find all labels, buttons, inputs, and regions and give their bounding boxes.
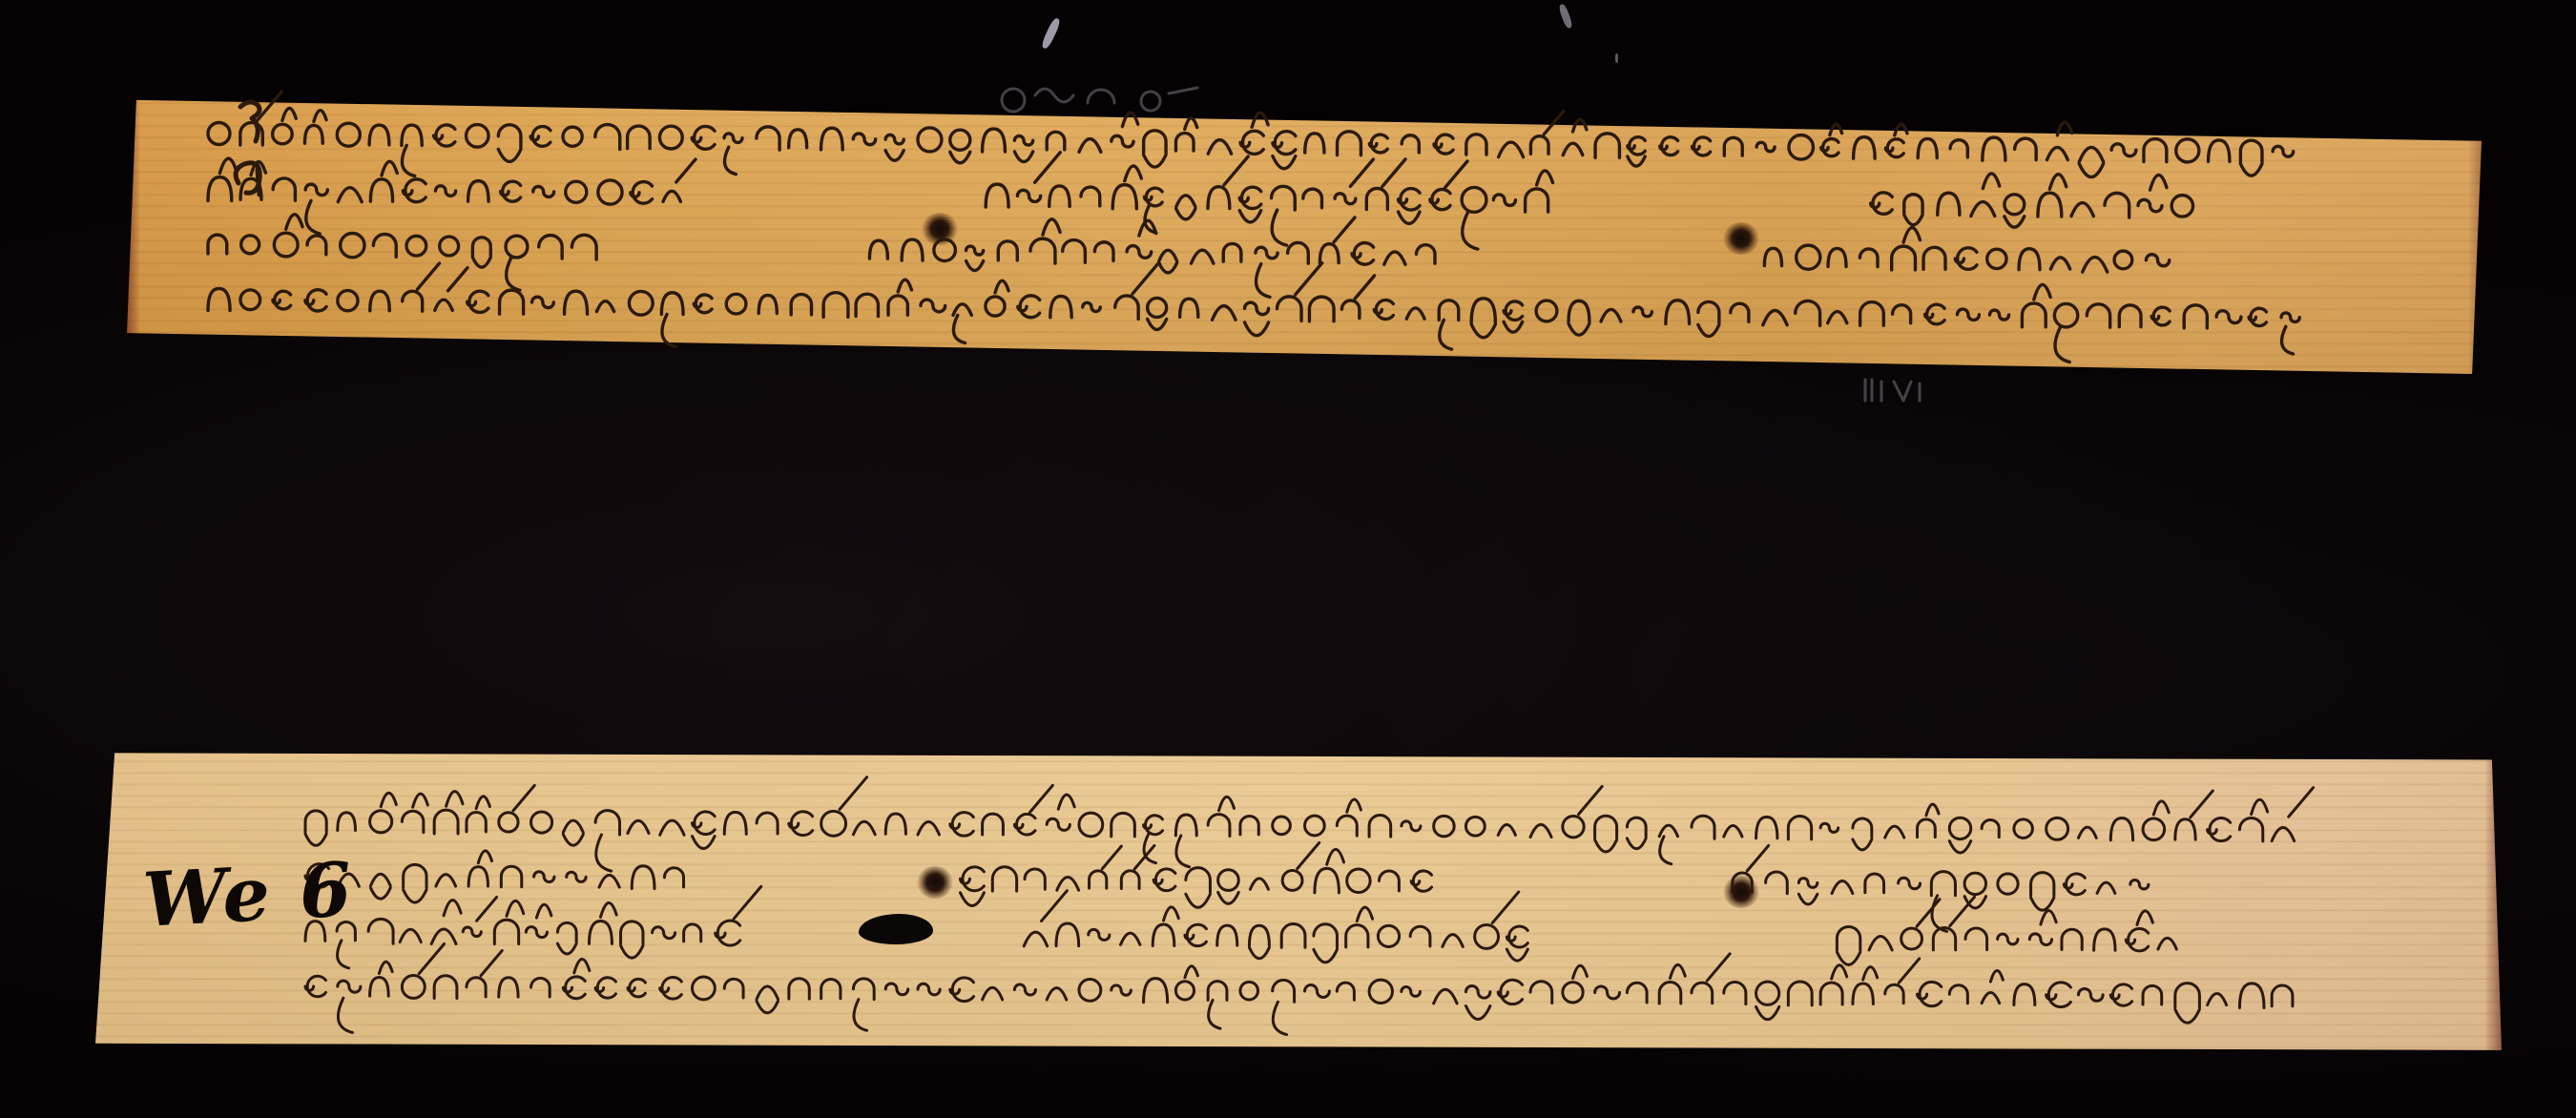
leaf-number-marks	[0, 0, 2576, 1118]
catalog-ink-mark: We 6	[141, 846, 356, 943]
margin-numeral-2	[236, 163, 260, 195]
margin-numeral-1	[240, 102, 260, 141]
